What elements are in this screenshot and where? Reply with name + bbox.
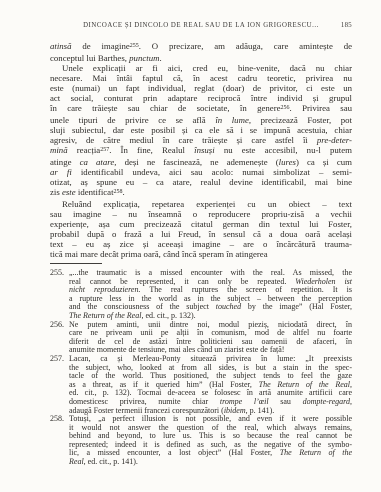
footnote: 256.Ne putem aminti, unii dintre noi, mo… xyxy=(50,321,352,355)
italic-text: pre-deter- xyxy=(317,135,352,145)
footnote-ref: 258 xyxy=(114,189,123,195)
text-line: necesare. Mai întâi faptul că, în acest … xyxy=(50,73,352,83)
text-line: conceptul lui Barthes, punctum. xyxy=(50,53,352,63)
text-run: tică mai mare decât prima oară, când înc… xyxy=(50,249,268,259)
italic-text: în lume xyxy=(215,115,249,125)
footnote: 255.„...the traumatic is a missed encoun… xyxy=(50,269,352,321)
text-run: , deși ne fascinează, ne ademenește ( xyxy=(114,157,278,167)
text-line: agresiv, de către mediul în care trăieșt… xyxy=(50,135,352,145)
paragraph: atinsă de imagine255. O precizare, am ad… xyxy=(50,41,352,63)
text-run: zis xyxy=(50,187,62,197)
italic-text: atinsă xyxy=(50,41,72,51)
text-run: Reluând explicația, repetarea experiențe… xyxy=(62,199,352,209)
text-run: experiențe, așa cum precizează citatul g… xyxy=(50,219,352,229)
text-run: otizat, aș spune eu – ca atare, realul d… xyxy=(50,177,352,187)
italic-text: touched xyxy=(216,302,241,311)
text-run: nu este accesibil, nu-l putem xyxy=(215,145,352,155)
text-run: agresiv, de către mediul în care trăieșt… xyxy=(50,135,317,145)
footnote: 257.Lacan, ca și Merleau-Ponty situează … xyxy=(50,355,352,415)
text-run: este (numai) un fapt individual, reglat … xyxy=(50,83,352,93)
paragraph: Unele explicații ar fi aici, cred eu, bi… xyxy=(50,63,352,199)
text-run: identificabil undeva, aici sau acolo: nu… xyxy=(72,167,352,177)
footnote-number: 255. xyxy=(50,269,64,278)
text-line: zis este identificat258. xyxy=(50,187,352,199)
text-run: . Privirea sau xyxy=(290,103,352,113)
text-run: . O precizare, am adăuga, care amintește… xyxy=(139,41,352,51)
text-run: , precizează Foster, pot xyxy=(249,115,352,125)
italic-text: Real xyxy=(69,457,84,466)
text-run: , ed. cit., p. 141). xyxy=(84,457,138,466)
text-line: sau imagine – nu înseamnă o reproducere … xyxy=(50,209,352,219)
text-run: unele tipuri de privire ce se află xyxy=(50,115,215,125)
text-line: atinsă de imagine255. O precizare, am ad… xyxy=(50,41,352,53)
text-line: tică mai mare decât prima oară, când înc… xyxy=(50,249,352,259)
footnote-number: 258. xyxy=(50,415,64,424)
text-run: identificat xyxy=(76,187,114,197)
text-run: probabil după o frază a lui Freud, în se… xyxy=(50,229,352,239)
text-line: este (numai) un fapt individual, reglat … xyxy=(50,83,352,93)
text-run: reacția xyxy=(68,145,101,155)
text-run: conceptul lui Barthes, xyxy=(50,53,129,63)
text-run: necesare. Mai întâi faptul că, în acest … xyxy=(50,73,352,83)
italic-text: este xyxy=(62,187,76,197)
text-line: otizat, aș spune eu – ca atare, realul d… xyxy=(50,177,352,187)
footnotes: 255.„...the traumatic is a missed encoun… xyxy=(50,269,352,467)
text-line: Reluând explicația, repetarea experiențe… xyxy=(50,199,352,209)
text-line: experiențe, așa cum precizează citatul g… xyxy=(50,219,352,229)
text-line: mină reacția257. În fine, Realul însuși … xyxy=(50,145,352,157)
footnote-ref: 256 xyxy=(281,105,290,111)
text-run: sau imagine – nu înseamnă o reproducere … xyxy=(50,209,352,219)
text-line: probabil după o frază a lui Freud, în se… xyxy=(50,229,352,239)
italic-text: mină xyxy=(50,145,68,155)
italic-text: însuși xyxy=(194,145,215,155)
page-number: 185 xyxy=(341,22,352,29)
text-run: . xyxy=(159,53,161,63)
text-line: în care trăiește sau chiar de societate,… xyxy=(50,103,352,115)
running-title: DINCOACE ȘI DINCOLO DE REAL SAU DE LA IO… xyxy=(50,22,352,29)
italic-text: punctum xyxy=(129,53,159,63)
body-text: atinsă de imagine255. O precizare, am ad… xyxy=(50,41,352,259)
italic-text: ca atare xyxy=(80,157,115,167)
text-line: ar fi identificabil undeva, aici sau aco… xyxy=(50,167,352,177)
text-run: , xyxy=(350,397,352,406)
footnote-number: 256. xyxy=(50,321,64,330)
text-run: de imagine xyxy=(72,41,130,51)
page-header: DINCOACE ȘI DINCOLO DE REAL SAU DE LA IO… xyxy=(50,22,352,31)
footnote-separator xyxy=(50,263,102,264)
text-run: ) ca și cum xyxy=(296,157,352,167)
italic-text: dompte-regard xyxy=(303,397,350,406)
text-run: act social, conturat prin adaptare recip… xyxy=(50,93,352,103)
text-line: text – eu aș zice și aceeași imagine – a… xyxy=(50,239,352,249)
book-page: DINCOACE ȘI DINCOLO DE REAL SAU DE LA IO… xyxy=(0,0,381,492)
text-run: Unele explicații ar fi aici, cred eu, bi… xyxy=(62,63,352,73)
paragraph: Reluând explicația, repetarea experiențe… xyxy=(50,199,352,259)
text-line: Real, ed. cit., p. 141). xyxy=(69,458,352,467)
text-line: sluji subiectul, dar este posibil și ca … xyxy=(50,125,352,135)
text-line: act social, conturat prin adaptare recip… xyxy=(50,93,352,103)
text-run: . În fine, Realul xyxy=(109,145,194,155)
text-run: text – eu aș zice și aceeași imagine – a… xyxy=(50,239,352,249)
footnote: 258.Totuși, „a perfect illusion is not p… xyxy=(50,415,352,467)
footnote-ref: 255 xyxy=(130,43,139,49)
italic-text: lures xyxy=(279,157,296,167)
text-run: atinge xyxy=(50,157,80,167)
text-line: Unele explicații ar fi aici, cred eu, bi… xyxy=(50,63,352,73)
footnote-ref: 257 xyxy=(100,147,109,153)
italic-text: ar fi xyxy=(50,167,72,177)
text-run: sluji subiectul, dar este posibil și ca … xyxy=(50,125,352,135)
italic-text: The Return of the xyxy=(280,448,352,457)
text-line: unele tipuri de privire ce se află în lu… xyxy=(50,115,352,125)
footnote-number: 257. xyxy=(50,355,64,364)
text-run: în care trăiește sau chiar de societate,… xyxy=(50,103,281,113)
text-line: atinge ca atare, deși ne fascinează, ne … xyxy=(50,157,352,167)
text-run: by the image” (Hal Foster, xyxy=(241,302,352,311)
